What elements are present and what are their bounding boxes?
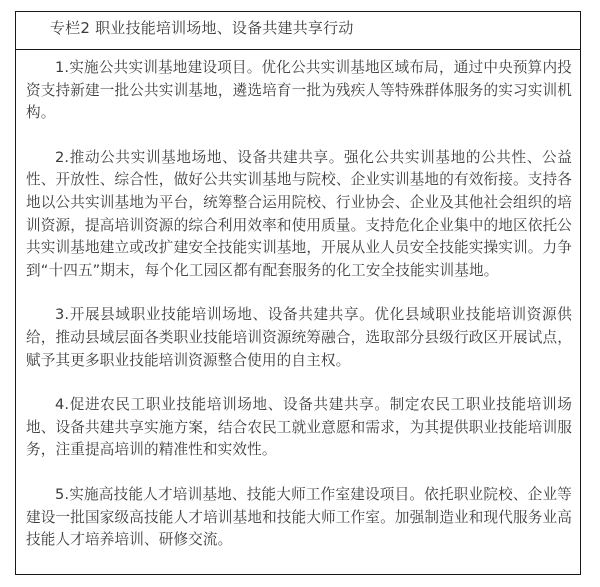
column-body: 1.实施公共实训基地建设项目。优化公共实训基地区域布局，通过中央预算内投资支持新… bbox=[16, 50, 580, 552]
column-box: 专栏2 职业技能培训场地、设备共建共享行动 1.实施公共实训基地建设项目。优化公… bbox=[15, 11, 581, 575]
paragraph-5: 5.实施高技能人才培训基地、技能大师工作室建设项目。依托职业院校、企业等建设一批… bbox=[26, 484, 572, 552]
paragraph-4: 4.促进农民工职业技能培训场地、设备共建共享。制定农民工职业技能培训场地、设备共… bbox=[26, 394, 572, 462]
paragraph-1: 1.实施公共实训基地建设项目。优化公共实训基地区域布局，通过中央预算内投资支持新… bbox=[26, 57, 572, 125]
paragraph-2: 2.推动公共实训基地场地、设备共建共享。强化公共实训基地的公共性、公益性、开放性… bbox=[26, 147, 572, 283]
column-title: 专栏2 职业技能培训场地、设备共建共享行动 bbox=[16, 12, 580, 50]
paragraph-3: 3.开展县域职业技能培训场地、设备共建共享。优化县域职业技能培训资源供给，推动县… bbox=[26, 304, 572, 372]
